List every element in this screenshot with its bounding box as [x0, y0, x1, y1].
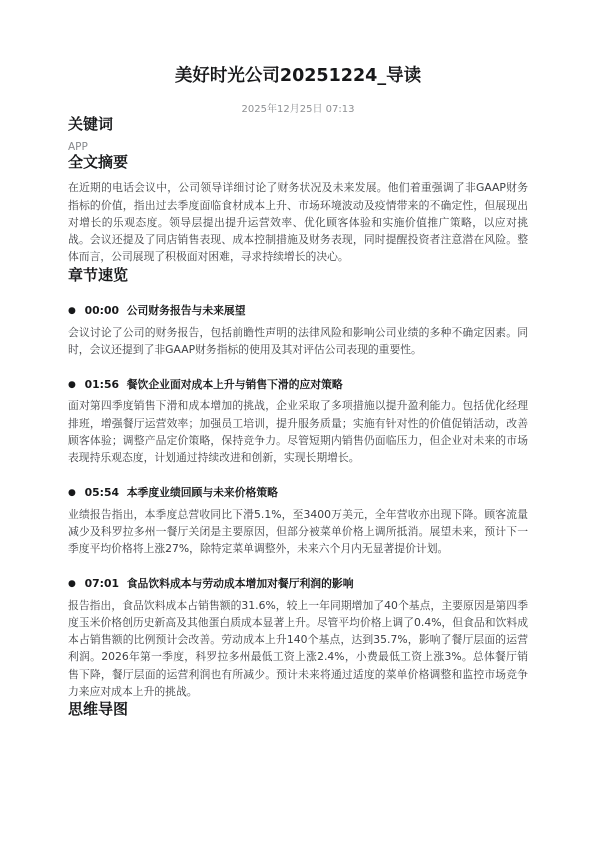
chapter-title: 本季度业绩回顾与未来价格策略 — [127, 486, 278, 499]
chapter-timestamp: 05:54 — [85, 486, 119, 499]
section-heading-summary: 全文摘要 — [68, 153, 528, 172]
chapter-title: 公司财务报告与未来展望 — [127, 304, 246, 317]
chapter-heading: ● 01:56 餐饮企业面对成本上升与销售下滑的应对策略 — [68, 377, 528, 393]
chapter-heading: ● 05:54 本季度业绩回顾与未来价格策略 — [68, 485, 528, 501]
section-heading-keywords: 关键词 — [68, 115, 528, 134]
document-date: 2025年12月25日 07:13 — [68, 100, 528, 115]
document-page: 美好时光公司20251224_导读 2025年12月25日 07:13 关键词 … — [0, 0, 595, 841]
chapter-item-2: ● 01:56 餐饮企业面对成本上升与销售下滑的应对策略 面对第四季度销售下滑和… — [68, 377, 528, 466]
section-heading-chapters: 章节速览 — [68, 266, 528, 285]
bullet-icon: ● — [68, 306, 76, 316]
bullet-icon: ● — [68, 488, 76, 498]
chapter-item-4: ● 07:01 食品饮料成本与劳动成本增加对餐厅利润的影响 报告指出，食品饮料成… — [68, 576, 528, 700]
bullet-icon: ● — [68, 579, 76, 589]
page-title: 美好时光公司20251224_导读 — [68, 66, 528, 88]
chapter-timestamp: 01:56 — [85, 378, 119, 391]
chapter-heading: ● 07:01 食品饮料成本与劳动成本增加对餐厅利润的影响 — [68, 576, 528, 592]
chapter-summary: 会议讨论了公司的财务报告，包括前瞻性声明的法律风险和影响公司业绩的多种不确定因素… — [68, 324, 528, 359]
bullet-icon: ● — [68, 380, 76, 390]
chapter-summary: 面对第四季度销售下滑和成本增加的挑战，企业采取了多项措施以提升盈利能力。包括优化… — [68, 397, 528, 466]
chapter-item-3: ● 05:54 本季度业绩回顾与未来价格策略 业绩报告指出，本季度总营收同比下滑… — [68, 485, 528, 557]
summary-text: 在近期的电话会议中，公司领导详细讨论了财务状况及未来发展。他们着重强调了非GAA… — [68, 179, 528, 265]
section-heading-mindmap: 思维导图 — [68, 700, 528, 719]
chapter-title: 餐饮企业面对成本上升与销售下滑的应对策略 — [127, 378, 343, 391]
chapter-heading: ● 00:00 公司财务报告与未来展望 — [68, 303, 528, 319]
keywords-value: APP — [68, 141, 528, 153]
chapter-summary: 业绩报告指出，本季度总营收同比下滑5.1%，至3400万美元，全年营收亦出现下降… — [68, 506, 528, 558]
chapter-title: 食品饮料成本与劳动成本增加对餐厅利润的影响 — [127, 577, 354, 590]
chapter-timestamp: 07:01 — [85, 577, 119, 590]
chapter-timestamp: 00:00 — [85, 304, 119, 317]
chapter-summary: 报告指出，食品饮料成本占销售额的31.6%，较上一年同期增加了40个基点，主要原… — [68, 597, 528, 701]
chapter-item-1: ● 00:00 公司财务报告与未来展望 会议讨论了公司的财务报告，包括前瞻性声明… — [68, 303, 528, 358]
